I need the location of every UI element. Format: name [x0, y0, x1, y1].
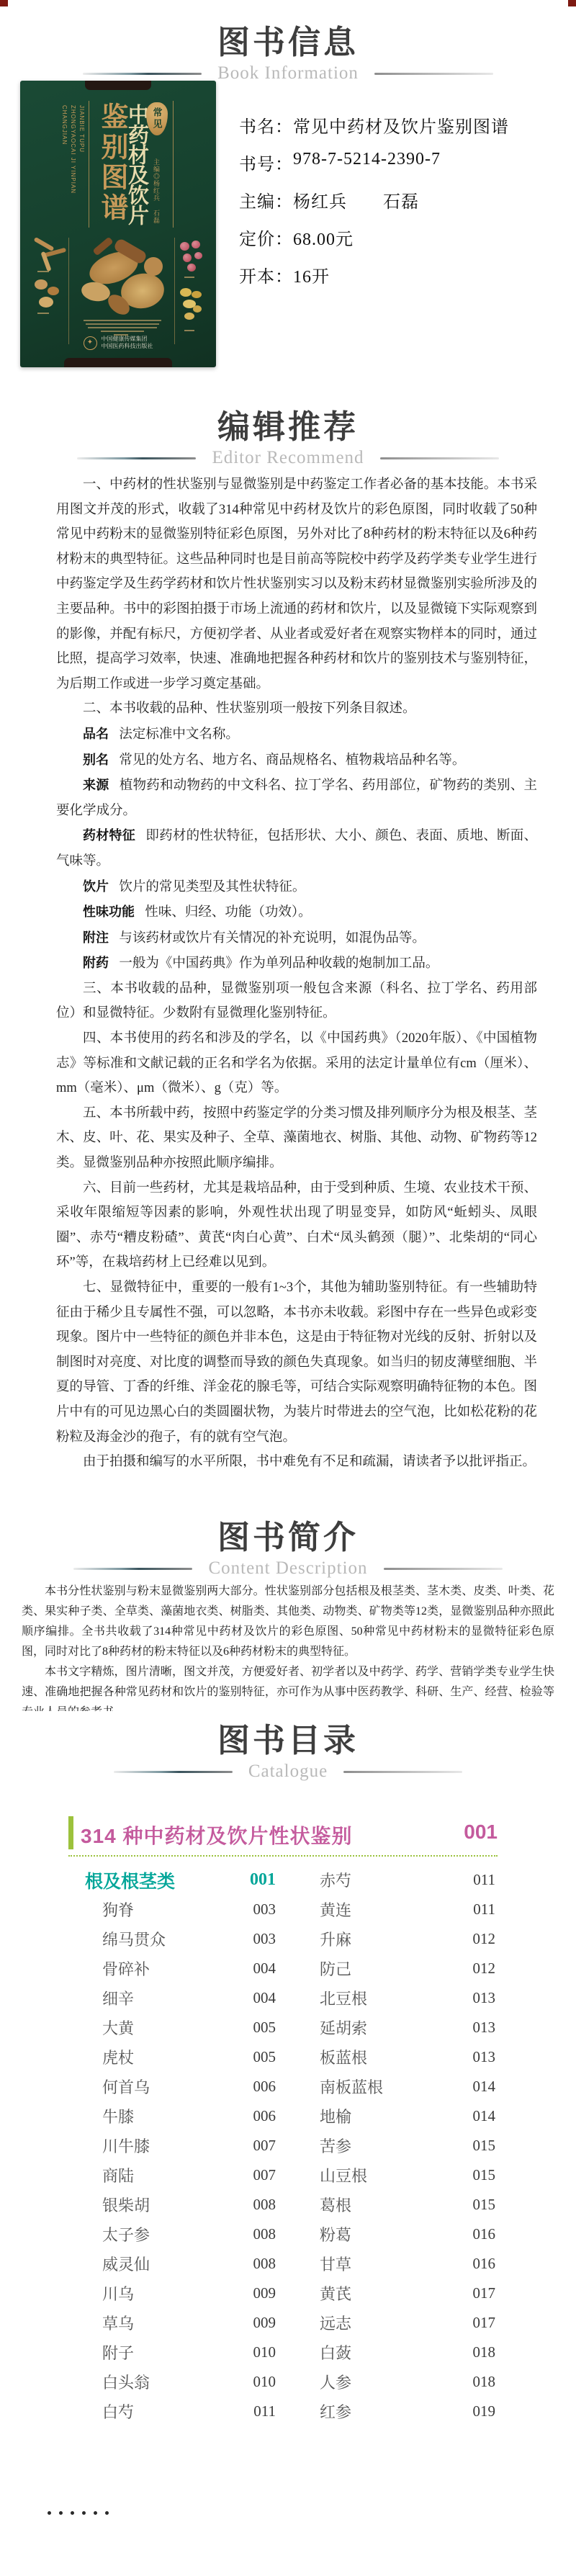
editor-recommend-body: 一、中药材的性状鉴别与显微鉴别是中药鉴定工作者必备的基本技能。本书采用图文并茂的…: [56, 472, 537, 1468]
ellipsis-dots: [48, 2511, 109, 2515]
term-label: 性味功能: [83, 905, 135, 919]
paragraph: 本书分性状鉴别与粉末显微鉴别两大部分。性状鉴别部分包括根及根茎类、茎木类、皮类、…: [22, 1581, 554, 1662]
cover-blurb-line: [84, 320, 161, 321]
rosebud-photo-shape: [183, 253, 192, 262]
divider-line-left: [73, 1568, 192, 1570]
toc-item-name: 赤芍: [320, 1869, 351, 1891]
toc-item-row: 虎杖005: [85, 2042, 276, 2072]
detail-value: 杨红兵 石磊: [293, 187, 419, 212]
toc-item-row: 草乌009: [85, 2308, 276, 2338]
petal-photo-shape: [192, 291, 202, 298]
toc-item-name: 红参: [320, 2400, 351, 2423]
toc-item-page: 009: [253, 2314, 276, 2332]
paragraph: 由于拍摄和编写的水平所限，书中难免有不足和疏漏，请读者予以批评指正。: [56, 1450, 537, 1468]
toc-item-row: 白芍011: [85, 2397, 276, 2426]
content-description-body: 本书分性状鉴别与粉末显微鉴别两大部分。性状鉴别部分包括根及根茎类、茎木类、皮类、…: [22, 1581, 554, 1711]
paragraph: 四、本书使用的药名和涉及的学名，以《中国药典》（2020年版）、《中国植物志》等…: [56, 1026, 537, 1101]
toc-item-name: 延胡索: [320, 2016, 367, 2039]
divider-line-left: [114, 1771, 233, 1773]
toc-item-row: 银柴胡008: [85, 2190, 276, 2220]
toc-item-name: 太子参: [102, 2223, 150, 2245]
toc-item-name: 远志: [320, 2312, 351, 2334]
section-header-catalogue: 图书目录 Catalogue: [0, 1714, 576, 1782]
toc-item-name: 草乌: [102, 2312, 134, 2334]
term-paragraph: 药材特征即药材的性状特征，包括形状、大小、颜色、表面、质地、断面、气味等。: [56, 823, 537, 874]
toc-item-name: 防己: [320, 1957, 351, 1980]
cover-editors-line: 主编◎杨红兵 石磊: [152, 158, 161, 230]
toc-item-name: 大黄: [102, 2016, 134, 2039]
toc-item-row: 川乌009: [85, 2279, 276, 2308]
toc-item-page: 007: [253, 2166, 276, 2184]
toc-item-page: 006: [253, 2107, 276, 2125]
cover-caption-line: [184, 277, 194, 278]
toc-item-name: 川牛膝: [102, 2135, 150, 2157]
toc-item-page: 006: [253, 2078, 276, 2096]
toc-item-row: 粉葛016: [302, 2220, 495, 2249]
toc-item-name: 甘草: [320, 2253, 351, 2275]
term-label: 药材特征: [83, 828, 135, 843]
term-paragraph: 附药一般为《中国药典》作为单列品种收载的炮制加工品。: [56, 951, 537, 977]
cover-caption-line: [37, 271, 49, 272]
toc-item-name: 黄芪: [320, 2282, 351, 2305]
toc-item-row: 绵马贯众003: [85, 1924, 276, 1954]
toc-item-row: 何首乌006: [85, 2072, 276, 2101]
toc-item-page: 004: [253, 1989, 276, 2007]
toc-item-page: 008: [253, 2196, 276, 2214]
toc-item-page: 012: [473, 1960, 496, 1978]
paragraph: 一、中药材的性状鉴别与显微鉴别是中药鉴定工作者必备的基本技能。本书采用图文并茂的…: [56, 472, 537, 696]
publisher-press: 中国医药科技出版社: [102, 343, 153, 350]
section-header-editor-recommend: 编辑推荐 Editor Recommend: [0, 400, 576, 468]
divider-line-right: [343, 1771, 462, 1773]
herb-photo-shape: [144, 257, 163, 276]
toc-item-page: 013: [473, 2019, 496, 2037]
detail-label: 开本：: [239, 262, 293, 287]
toc-item-name: 人参: [320, 2371, 351, 2393]
detail-label: 主编：: [239, 187, 293, 212]
term-label: 附药: [83, 956, 109, 970]
book-details: 书名：常见中药材及饮片鉴别图谱书号：978-7-5214-2390-7主编：杨红…: [239, 112, 509, 300]
toc-item-page: 015: [473, 2166, 496, 2184]
toc-item-name: 附子: [102, 2341, 134, 2364]
toc-heading-title: 314 种中药材及饮片性状鉴别: [81, 1821, 353, 1849]
toc-item-page: 019: [473, 2402, 496, 2420]
toc-item-row: 板蓝根013: [302, 2042, 495, 2072]
toc-item-page: 014: [473, 2078, 496, 2096]
term-label: 别名: [83, 753, 109, 767]
toc-item-name: 板蓝根: [320, 2046, 367, 2068]
section-header-book-info: 图书信息 Book Information: [0, 16, 576, 84]
toc-item-page: 015: [473, 2196, 496, 2214]
section-subtitle: Editor Recommend: [212, 448, 364, 468]
term-label: 来源: [83, 778, 109, 792]
toc-item-page: 003: [253, 1900, 276, 1918]
book-cover: CHANGJIAN ZHONGYAOCAI JI YINPIAN JIANBIE…: [20, 81, 216, 367]
divider-line-right: [380, 457, 499, 459]
toc-column-left: 根及根茎类001狗脊003绵马贯众003骨碎补004细辛004大黄005虎杖00…: [85, 1865, 276, 2426]
toc-item-row: 防己012: [302, 1954, 495, 1983]
toc-item-row: 地榆014: [302, 2101, 495, 2131]
rosebud-photo-shape: [194, 252, 202, 259]
toc-item-row: 白蔹018: [302, 2338, 495, 2367]
toc-item-row: 骨碎补004: [85, 1954, 276, 1983]
cover-caption-line: [184, 330, 194, 331]
toc-item-name: 苦参: [320, 2135, 351, 2157]
toc-item-page: 014: [473, 2107, 496, 2125]
herb-photo-shape: [35, 279, 48, 290]
ellipsis-dot: [94, 2511, 97, 2515]
toc-item-row: 延胡索013: [302, 2013, 495, 2042]
divider-line-right: [374, 73, 493, 75]
toc-dotted-divider: [68, 1855, 498, 1857]
paragraph: 本书文字精炼，图片清晰，图文并茂，方便爱好者、初学者以及中药学、药学、营销学类专…: [22, 1662, 554, 1711]
term-paragraph: 附注与该药材或饮片有关情况的补充说明，如混伪品等。: [56, 925, 537, 951]
rosebud-photo-shape: [180, 242, 189, 251]
toc-item-page: 010: [253, 2373, 276, 2391]
section-title: 图书目录: [0, 1714, 576, 1761]
toc-item-name: 升麻: [320, 1928, 351, 1950]
publisher-block: ✦ 中国健康传媒集团 中国医药科技出版社: [20, 336, 216, 350]
toc-item-row: 远志017: [302, 2308, 495, 2338]
ellipsis-dot: [59, 2511, 63, 2515]
toc-item-row: 黄芪017: [302, 2279, 495, 2308]
toc-item-name: 黄连: [320, 1898, 351, 1921]
toc-item-row: 甘草016: [302, 2249, 495, 2279]
toc-item-page: 017: [473, 2284, 496, 2302]
paragraph: 二、本书收载的品种、性状鉴别项一般按下列条目叙述。: [56, 696, 537, 722]
cover-frame-line: [173, 101, 174, 228]
toc-category-row: 根及根茎类001: [85, 1865, 276, 1895]
toc-column-right: 赤芍011黄连011升麻012防己012北豆根013延胡索013板蓝根013南板…: [302, 1865, 495, 2426]
toc-item-page: 015: [473, 2137, 496, 2155]
toc-item-name: 细辛: [102, 1987, 134, 2009]
publisher-logo-icon: ✦: [84, 336, 97, 350]
ellipsis-dot: [48, 2511, 51, 2515]
toc-item-row: 太子参008: [85, 2220, 276, 2249]
section-subtitle-row: Editor Recommend: [0, 448, 576, 468]
toc-item-row: 赤芍011: [302, 1865, 495, 1895]
toc-item-row: 山豆根015: [302, 2160, 495, 2190]
section-header-content-description: 图书简介 Content Description: [0, 1511, 576, 1579]
section-title: 图书简介: [0, 1511, 576, 1558]
toc-item-name: 商陆: [102, 2164, 134, 2186]
toc-item-row: 苦参015: [302, 2131, 495, 2160]
toc-item-page: 011: [473, 1871, 495, 1889]
toc-item-row: 牛膝006: [85, 2101, 276, 2131]
toc-item-page: 009: [253, 2284, 276, 2302]
photo-strip-divider: [174, 238, 175, 344]
toc-item-name: 白头翁: [102, 2371, 150, 2393]
book-detail-row: 书名：常见中药材及饮片鉴别图谱: [239, 112, 509, 150]
toc-item-name: 牛膝: [102, 2105, 134, 2127]
toc-item-page: 003: [253, 1930, 276, 1948]
toc-item-name: 绵马贯众: [102, 1928, 166, 1950]
toc-item-page: 011: [253, 2402, 276, 2420]
toc-item-page: 013: [473, 1989, 496, 2007]
detail-value: 68.00元: [293, 225, 354, 250]
cover-blurb-line: [88, 327, 157, 328]
ellipsis-dot: [82, 2511, 86, 2515]
section-subtitle: Catalogue: [248, 1762, 328, 1782]
term-paragraph: 来源植物药和动物药的中文科名、拉丁学名、药用部位，矿物药的类别、主要化学成分。: [56, 773, 537, 823]
toc-item-page: 005: [253, 2019, 276, 2037]
toc-item-page: 004: [253, 1960, 276, 1978]
detail-label: 定价：: [239, 225, 293, 250]
toc-item-name: 骨碎补: [102, 1957, 150, 1980]
toc-heading-page: 001: [464, 1821, 498, 1844]
book-detail-row: 定价：68.00元: [239, 225, 509, 262]
toc-item-page: 016: [473, 2225, 496, 2243]
toc-item-row: 北豆根013: [302, 1983, 495, 2013]
section-subtitle: Book Information: [217, 63, 359, 84]
toc-item-name: 何首乌: [102, 2075, 150, 2098]
term-paragraph: 饮片饮片的常见类型及其性状特征。: [56, 874, 537, 900]
detail-value: 常见中药材及饮片鉴别图谱: [293, 112, 509, 138]
petal-photo-shape: [193, 305, 202, 313]
toc-item-name: 山豆根: [320, 2164, 367, 2186]
detail-value: 16开: [293, 262, 330, 287]
book-detail-row: 开本：16开: [239, 262, 509, 300]
term-label: 饮片: [83, 879, 109, 894]
petal-photo-shape: [180, 288, 192, 297]
toc-item-row: 黄连011: [302, 1895, 495, 1924]
cover-blurb-line: [86, 323, 159, 325]
divider-line-left: [77, 457, 196, 459]
toc-item-row: 威灵仙008: [85, 2249, 276, 2279]
cover-pinyin-text: CHANGJIAN ZHONGYAOCAI JI YINPIAN JIANBIE…: [60, 105, 86, 238]
divider-line-left: [83, 73, 202, 75]
herb-photo-shape: [39, 297, 53, 308]
toc-item-page: 001: [250, 1870, 276, 1890]
toc-item-page: 010: [253, 2343, 276, 2361]
toc-item-name: 川乌: [102, 2282, 134, 2305]
toc-item-page: 017: [473, 2314, 496, 2332]
section-title: 图书信息: [0, 16, 576, 63]
toc-item-row: 大黄005: [85, 2013, 276, 2042]
paragraph: 三、本书收载的品种，显微鉴别项一般包含来源（科名、拉丁学名、药用部位）和显微特征…: [56, 977, 537, 1026]
detail-label: 书名：: [239, 112, 293, 138]
toc-item-name: 地榆: [320, 2105, 351, 2127]
toc-item-page: 018: [473, 2373, 496, 2391]
toc-item-row: 南板蓝根014: [302, 2072, 495, 2101]
cover-caption-line: [37, 313, 49, 314]
cover-frame-line: [89, 101, 89, 228]
term-label: 品名: [83, 727, 109, 741]
toc-item-row: 葛根015: [302, 2190, 495, 2220]
detail-value: 978-7-5214-2390-7: [293, 150, 441, 169]
cover-top-tab: [85, 81, 151, 90]
rosebud-photo-shape: [192, 241, 200, 248]
book-detail-row: 书号：978-7-5214-2390-7: [239, 150, 509, 187]
section-subtitle-row: Content Description: [0, 1558, 576, 1579]
paragraph: 五、本书所载中药，按照中药鉴定学的分类习惯及排列顺序分为根及根茎、茎木、皮、叶、…: [56, 1101, 537, 1176]
toc-item-name: 白芍: [102, 2400, 134, 2423]
toc-item-name: 南板蓝根: [320, 2075, 383, 2098]
toc-item-page: 011: [473, 1900, 495, 1918]
detail-label: 书号：: [239, 150, 293, 175]
toc-item-page: 016: [473, 2255, 496, 2273]
toc-item-page: 007: [253, 2137, 276, 2155]
section-title: 编辑推荐: [0, 400, 576, 447]
toc-item-row: 白头翁010: [85, 2367, 276, 2397]
petal-photo-shape: [184, 313, 194, 320]
toc-item-name: 根及根茎类: [85, 1867, 175, 1893]
toc-item-name: 葛根: [320, 2194, 351, 2216]
term-paragraph: 品名法定标准中文名称。: [56, 722, 537, 748]
toc-item-name: 威灵仙: [102, 2253, 150, 2275]
toc-item-page: 008: [253, 2225, 276, 2243]
section-subtitle: Content Description: [208, 1558, 367, 1579]
book-detail-row: 主编：杨红兵 石磊: [239, 187, 509, 225]
publisher-group: 中国健康传媒集团: [102, 336, 153, 343]
cover-bottom-tab: [64, 358, 172, 367]
toc-item-page: 005: [253, 2048, 276, 2066]
corner-mark-left: [0, 0, 8, 6]
term-paragraph: 别名常见的处方名、地方名、商品规格名、植物栽培品种名等。: [56, 748, 537, 773]
toc-item-row: 细辛004: [85, 1983, 276, 2013]
toc-item-name: 虎杖: [102, 2046, 134, 2068]
toc-item-page: 018: [473, 2343, 496, 2361]
ellipsis-dot: [105, 2511, 109, 2515]
toc-item-name: 白蔹: [320, 2341, 351, 2364]
section-subtitle-row: Catalogue: [0, 1762, 576, 1782]
toc-item-row: 狗脊003: [85, 1895, 276, 1924]
paragraph: 六、目前一些药材，尤其是栽培品种，由于受到种质、生境、农业技术干预、采收年限缩短…: [56, 1176, 537, 1275]
toc-heading-accent-bar: [68, 1816, 73, 1849]
toc-heading: 314 种中药材及饮片性状鉴别 001: [68, 1816, 498, 1849]
toc-item-row: 红参019: [302, 2397, 495, 2426]
toc-item-name: 银柴胡: [102, 2194, 150, 2216]
toc-item-row: 人参018: [302, 2367, 495, 2397]
cover-blurb-line: [101, 331, 144, 332]
toc-item-row: 附子010: [85, 2338, 276, 2367]
divider-line-right: [384, 1568, 503, 1570]
paragraph: 七、显微特征中，重要的一般有1~3个，其他为辅助鉴别特征。有一些辅助特征由于稀少…: [56, 1275, 537, 1450]
toc-item-page: 012: [473, 1930, 496, 1948]
rosebud-photo-shape: [187, 264, 196, 271]
herb-photo-shape: [48, 287, 59, 295]
photo-strip-divider: [68, 238, 69, 344]
toc-item-name: 粉葛: [320, 2223, 351, 2245]
toc-item-name: 北豆根: [320, 1987, 367, 2009]
toc-item-row: 商陆007: [85, 2160, 276, 2190]
book-promo-page: 图书信息 Book Information CHANGJIAN ZHONGYAO…: [0, 0, 576, 2576]
toc-item-row: 川牛膝007: [85, 2131, 276, 2160]
toc-item-row: 升麻012: [302, 1924, 495, 1954]
ellipsis-dot: [71, 2511, 74, 2515]
term-paragraph: 性味功能性味、归经、功能（功效）。: [56, 899, 537, 925]
herb-photo-shape: [34, 237, 55, 251]
corner-mark-right: [568, 0, 576, 6]
toc-item-page: 008: [253, 2255, 276, 2273]
term-label: 附注: [83, 930, 109, 945]
toc-item-name: 狗脊: [102, 1898, 134, 1921]
toc-item-page: 013: [473, 2048, 496, 2066]
cover-gourd-badge: 常见: [146, 102, 168, 135]
